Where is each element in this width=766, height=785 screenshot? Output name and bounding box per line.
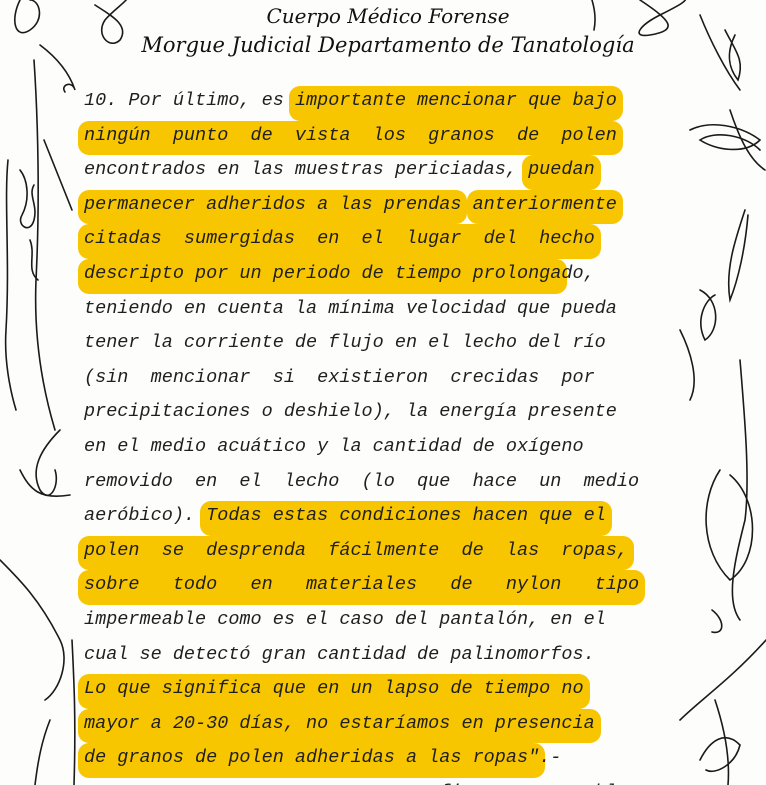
text-segment: teniendo en cuenta la mínima velocidad q… <box>84 294 617 329</box>
cut-off-line: fi tablas <box>84 778 684 785</box>
text-segment: do, <box>561 259 594 294</box>
highlighted-text: ningún punto de vista los granos de pole… <box>78 121 623 156</box>
text-line: teniendo en cuenta la mínima velocidad q… <box>84 294 684 329</box>
text-line: polen se desprenda fácilmente de las rop… <box>84 536 684 571</box>
text-line: sobre todo en materiales de nylon tipo <box>84 570 684 605</box>
text-line: de granos de polen adheridas a las ropas… <box>84 743 684 778</box>
text-segment: encontrados en las muestras periciadas, <box>84 155 528 190</box>
text-segment: en el medio acuático y la cantidad de ox… <box>84 432 584 467</box>
text-line: mayor a 20-30 días, no estaríamos en pre… <box>84 709 684 744</box>
letterhead-department: Morgue Judicial Departamento de Tanatolo… <box>10 30 766 60</box>
text-line: encontrados en las muestras periciadas, … <box>84 155 684 190</box>
highlighted-text: descripto por un periodo de tiempo prolo… <box>78 259 567 294</box>
text-line: permanecer adheridos a las prendas anter… <box>84 190 684 225</box>
highlighted-text: sobre todo en materiales de nylon tipo <box>78 570 645 605</box>
text-segment: (sin mencionar si existieron crecidas po… <box>84 363 595 398</box>
text-segment: impermeable como es el caso del pantalón… <box>84 605 606 640</box>
text-line: precipitaciones o deshielo), la energía … <box>84 397 684 432</box>
text-line: en el medio acuático y la cantidad de ox… <box>84 432 684 467</box>
text-line: citadas sumergidas en el lugar del hecho <box>84 224 684 259</box>
highlighted-text: anteriormente <box>467 190 623 225</box>
highlighted-text: de granos de polen adheridas a las ropas… <box>78 743 545 778</box>
text-line: impermeable como es el caso del pantalón… <box>84 605 684 640</box>
highlighted-text: mayor a 20-30 días, no estaríamos en pre… <box>78 709 601 744</box>
highlighted-text: puedan <box>522 155 601 190</box>
text-segment: precipitaciones o deshielo), la energía … <box>84 397 617 432</box>
text-segment: tener la corriente de flujo en el lecho … <box>84 328 606 363</box>
text-line: ningún punto de vista los granos de pole… <box>84 121 684 156</box>
text-segment: aeróbico). <box>84 501 206 536</box>
highlighted-text: polen se desprenda fácilmente de las rop… <box>78 536 634 571</box>
text-segment: cual se detectó gran cantidad de palinom… <box>84 640 595 675</box>
text-segment: fi tablas <box>84 778 639 785</box>
text-line: aeróbico). Todas estas condiciones hacen… <box>84 501 684 536</box>
text-line: (sin mencionar si existieron crecidas po… <box>84 363 684 398</box>
highlighted-text: citadas sumergidas en el lugar del hecho <box>78 224 601 259</box>
highlighted-text: Lo que significa que en un lapso de tiem… <box>78 674 590 709</box>
text-line: cual se detectó gran cantidad de palinom… <box>84 640 684 675</box>
highlighted-text: permanecer adheridos a las prendas <box>78 190 467 225</box>
letterhead: Cuerpo Médico Forense Morgue Judicial De… <box>0 2 766 60</box>
text-line: Lo que significa que en un lapso de tiem… <box>84 674 684 709</box>
text-line: descripto por un periodo de tiempo prolo… <box>84 259 684 294</box>
document-body: 10. Por último, es importante mencionar … <box>84 86 684 785</box>
text-line: tener la corriente de flujo en el lecho … <box>84 328 684 363</box>
text-segment: .- <box>539 743 561 778</box>
text-segment: 10. Por último, es <box>84 86 295 121</box>
highlighted-text: Todas estas condiciones hacen que el <box>200 501 612 536</box>
text-segment: removido en el lecho (lo que hace un med… <box>84 467 639 502</box>
highlighted-text: importante mencionar que bajo <box>289 86 623 121</box>
text-line: removido en el lecho (lo que hace un med… <box>84 467 684 502</box>
text-line: 10. Por último, es importante mencionar … <box>84 86 684 121</box>
letterhead-institution: Cuerpo Médico Forense <box>10 2 766 30</box>
